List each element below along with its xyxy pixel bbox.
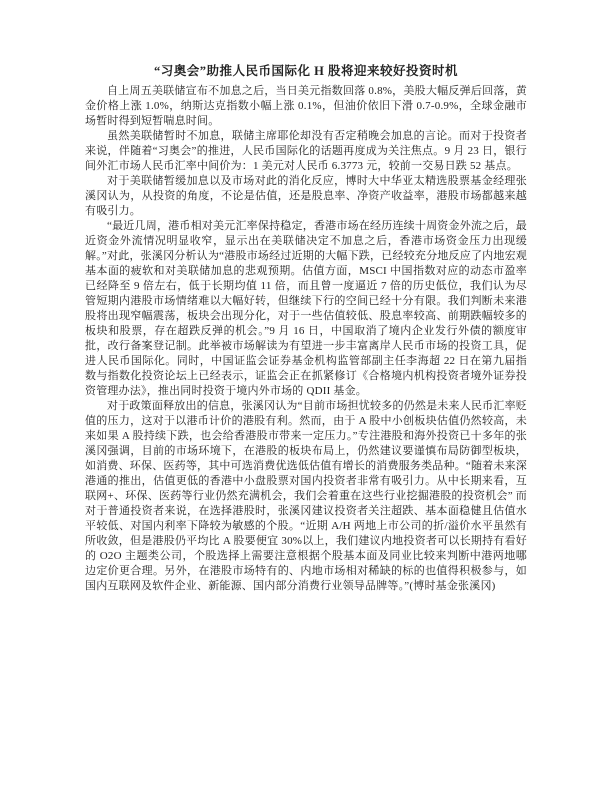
article-paragraph: 对于政策面释放出的信息，张溪冈认为“目前市场担忧较多的仍然是未来人民币汇率贬值的… xyxy=(85,399,527,594)
article-paragraph: 虽然美联储暂时不加息，联储主席耶伦却没有否定稍晚会加息的言论。而对于投资者来说，… xyxy=(85,129,527,174)
article-paragraph: 自上周五美联储宣布不加息之后，当日美元指数回落 0.8%，美股大幅反弹后回落，黄… xyxy=(85,84,527,129)
document-page: “习奥会”助推人民币国际化 H 股将迎来较好投资时机 自上周五美联储宣布不加息之… xyxy=(0,0,612,792)
article-title: “习奥会”助推人民币国际化 H 股将迎来较好投资时机 xyxy=(85,63,527,80)
article-paragraph: 对于美联储暂缓加息以及市场对此的消化反应，博时大中华亚太精选股票基金经理张溪冈认… xyxy=(85,174,527,219)
article-body: “习奥会”助推人民币国际化 H 股将迎来较好投资时机 自上周五美联储宣布不加息之… xyxy=(85,63,527,594)
article-paragraph: “最近几周，港币相对美元汇率保持稳定，香港市场在经历连续十周资金外流之后，最近资… xyxy=(85,219,527,399)
